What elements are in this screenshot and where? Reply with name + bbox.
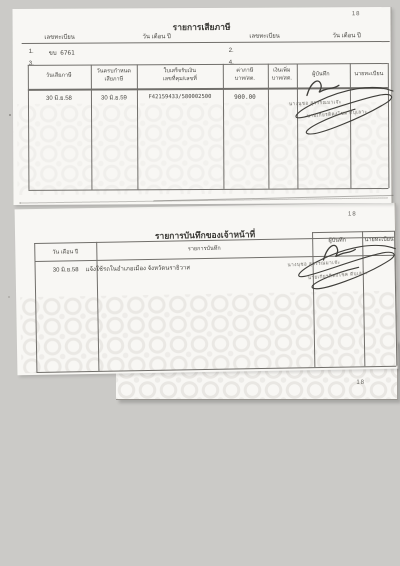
table-border-top bbox=[28, 63, 388, 66]
label-registration-number-2: เลขทะเบียน bbox=[249, 33, 280, 41]
page-number: 18 bbox=[352, 11, 361, 17]
label-date-1: วัน เดือน ปี bbox=[142, 33, 170, 41]
table-column-line bbox=[223, 64, 225, 189]
slot2-number: 2. bbox=[229, 47, 234, 55]
column-header-entry: รายการบันทึก bbox=[188, 245, 221, 254]
page1-sheet: 18 รายการเสียภาษี เลขทะเบียน วัน เดือน ป… bbox=[12, 7, 392, 205]
column-header-date: วัน เดือน ปี bbox=[52, 248, 78, 257]
table-border-left bbox=[34, 243, 37, 372]
column-header-tax-date: วันเสียภาษี bbox=[46, 72, 72, 80]
table-column-line bbox=[268, 64, 270, 189]
scanned-document: 18 18 รายการบันทึกของเจ้าหน้าที่ วัน เดื… bbox=[0, 0, 400, 566]
scan-speck bbox=[8, 296, 10, 298]
header-line: วันเสียภาษี bbox=[46, 72, 72, 80]
header-line: ใบเสร็จรับเงิน bbox=[163, 67, 197, 75]
header-line: บาท/สต. bbox=[235, 75, 255, 83]
page2-sheet: 18 รายการบันทึกของเจ้าหน้าที่ วัน เดือน … bbox=[15, 203, 399, 376]
column-header-tax-amount: ค่าภาษี บาท/สต. bbox=[235, 67, 255, 84]
cell-tax-amount: 900.00 bbox=[234, 94, 256, 102]
label-registration-number: เลขทะเบียน bbox=[44, 34, 75, 42]
cell-record-date: 30 มิ.ย.58 bbox=[53, 266, 79, 275]
column-header-due-date: วันครบกำหนด เสียภาษี bbox=[97, 67, 131, 84]
page-number: 18 bbox=[348, 211, 357, 217]
page-number: 18 bbox=[356, 380, 365, 386]
header-line: เลขที่คุม/เลขที่ bbox=[163, 75, 197, 83]
table-border-bottom bbox=[28, 188, 388, 191]
security-watermark bbox=[20, 291, 395, 374]
label-date-2: วัน เดือน ปี bbox=[332, 32, 360, 40]
header-line: เงินเพิ่ม bbox=[272, 67, 292, 75]
header-line: ค่าภาษี bbox=[235, 67, 255, 75]
scan-speck bbox=[9, 114, 11, 116]
column-header-receipt: ใบเสร็จรับเงิน เลขที่คุม/เลขที่ bbox=[163, 67, 197, 84]
table-border-left bbox=[28, 65, 30, 190]
cell-due-date: 30 มิ.ย.59 bbox=[101, 94, 127, 102]
registration-value: ขบ 6761 bbox=[49, 50, 75, 58]
table-column-line bbox=[96, 242, 99, 371]
header-line: เสียภาษี bbox=[97, 76, 131, 84]
table-column-line bbox=[91, 65, 93, 190]
cell-receipt-number: F42159433/580002500 bbox=[148, 94, 211, 102]
header-line: วันครบกำหนด bbox=[97, 67, 131, 75]
signature-recorder bbox=[283, 237, 400, 301]
header-separator-line bbox=[22, 41, 390, 44]
cell-tax-date: 30 มิ.ย.58 bbox=[46, 95, 72, 103]
cell-record-entry: แจ้งใช้รถในอำเภอเมือง จังหวัดนราธิวาส bbox=[86, 264, 191, 274]
slot1-number: 1. bbox=[29, 48, 34, 56]
table-column-line bbox=[137, 64, 139, 189]
